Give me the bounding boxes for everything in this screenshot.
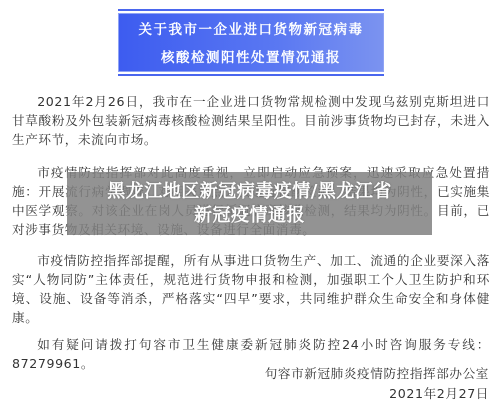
overlay-headline-line1: 黑龙江地区新冠病毒疫情/黑龙江省	[107, 180, 392, 204]
header-title-line1: 关于我市一企业进口货物新冠病毒	[139, 15, 364, 45]
paragraph-reminder: 市疫情防控指挥部提醒，所有从事进口货物生产、加工、流通的企业要深入落实“人物同防…	[12, 251, 490, 327]
headline-overlay: 黑龙江地区新冠病毒疫情/黑龙江省 新冠疫情通报	[67, 172, 432, 235]
notice-body: 2021年2月26日，我市在一企业进口货物常规检测中发现乌兹别克斯坦进口甘草酸粉…	[12, 92, 490, 381]
header-bottom-rule	[118, 74, 384, 76]
header-title-box: 关于我市一企业进口货物新冠病毒 核酸检测阳性处置情况通报	[118, 13, 384, 72]
header-title-line2: 核酸检测阳性处置情况通报	[161, 45, 341, 71]
header-top-rule	[118, 9, 384, 11]
overlay-headline-line2: 新冠疫情通报	[194, 204, 305, 228]
signoff-date: 2021年2月27日	[265, 384, 489, 404]
notice-header: 关于我市一企业进口货物新冠病毒 核酸检测阳性处置情况通报	[118, 9, 384, 76]
signoff-organization: 句容市新冠肺炎疫情防控指挥部办公室	[265, 364, 489, 384]
paragraph-detection: 2021年2月26日，我市在一企业进口货物常规检测中发现乌兹别克斯坦进口甘草酸粉…	[12, 92, 490, 149]
signoff: 句容市新冠肺炎疫情防控指挥部办公室 2021年2月27日	[265, 364, 489, 404]
